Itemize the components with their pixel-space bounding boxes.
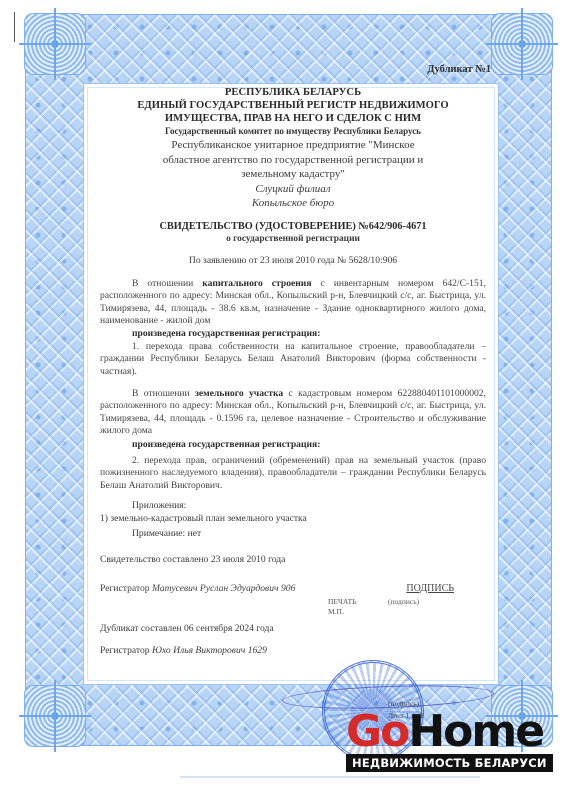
signature-caption: (подпись) <box>388 597 419 607</box>
land-type: земельного участка <box>195 388 283 399</box>
duplicate-label: Дубликат №1 <box>427 64 491 75</box>
land-registration-heading: произведена государственная регистрация: <box>100 439 486 451</box>
gohome-watermark: GoHome НЕДВИЖИМОСТЬ БЕЛАРУСИ <box>346 712 572 772</box>
land-registration-text: 2. перехода прав, ограничений (обременен… <box>100 455 486 492</box>
attachments-note: Примечание: нет <box>100 528 486 540</box>
agency-line2: областное агентство по государственной р… <box>100 153 486 168</box>
mp-label: М.П. <box>328 607 344 617</box>
request-reference: По заявлению от 23 июля 2010 года № 5628… <box>100 255 486 267</box>
committee-name: Государственный комитет по имуществу Рес… <box>100 125 486 138</box>
gohome-tagline: НЕДВИЖИМОСТЬ БЕЛАРУСИ <box>346 754 553 772</box>
building-registration-text: 1. перехода права собственности на капит… <box>100 341 486 378</box>
registry-heading-line2: ИМУЩЕСТВА, ПРАВ НА НЕГО И СДЕЛОК С НИМ <box>100 112 486 125</box>
country-heading: РЕСПУБЛИКА БЕЛАРУСЬ <box>100 86 486 99</box>
attachment-item: 1) земельно-кадастровый план земельного … <box>100 513 486 525</box>
attachments-label: Приложения: <box>100 500 486 512</box>
footer-fine-print <box>180 776 480 778</box>
bureau-name: Копыльское бюро <box>100 196 486 211</box>
registrar2-row: Регистратор Юхо Илья Викторович 1629 <box>100 645 486 657</box>
seal-label: ПЕЧАТЬ <box>328 597 357 607</box>
frame-corner-ornament <box>492 14 552 74</box>
registrar2-name: Юхо Илья Викторович 1629 <box>152 645 267 656</box>
building-type: капитального строения <box>202 278 311 289</box>
gohome-logo: GoHome <box>346 712 572 752</box>
page-edge-mark <box>14 12 15 42</box>
branch-name: Слуцкий филиал <box>100 182 486 197</box>
frame-corner-ornament <box>25 14 85 74</box>
land-paragraph: В отношении земельного участка с кадастр… <box>100 388 486 438</box>
certificate-subtitle: о государственной регистрации <box>100 233 486 245</box>
registrar1-name: Матусевич Руслан Эдуардович 906 <box>152 583 295 594</box>
agency-line1: Республиканское унитарное предприятие "М… <box>100 138 486 153</box>
certificate-title: СВИДЕТЕЛЬСТВО (УДОСТОВЕРЕНИЕ) №642/906-4… <box>100 221 486 233</box>
seal-labels: ПЕЧАТЬ (подпись) М.П. <box>100 595 486 619</box>
frame-corner-ornament <box>25 686 85 746</box>
agency-line3: земельному кадастру" <box>100 167 486 182</box>
building-paragraph: В отношении капитального строения с инве… <box>100 278 486 328</box>
registrar1-row: Регистратор Матусевич Руслан Эдуардович … <box>100 583 486 595</box>
issue-date: Свидетельство составлено 23 июля 2010 го… <box>100 554 486 566</box>
certificate-content: РЕСПУБЛИКА БЕЛАРУСЬ ЕДИНЫЙ ГОСУДАРСТВЕНН… <box>100 86 486 657</box>
duplicate-issue-date: Дубликат составлен 06 сентября 2024 года <box>100 623 486 635</box>
registrar1-signature: ПОДПИСЬ <box>406 583 454 595</box>
registry-heading-line1: ЕДИНЫЙ ГОСУДАРСТВЕННЫЙ РЕГИСТР НЕДВИЖИМО… <box>100 99 486 112</box>
building-registration-heading: произведена государственная регистрация: <box>100 328 486 340</box>
